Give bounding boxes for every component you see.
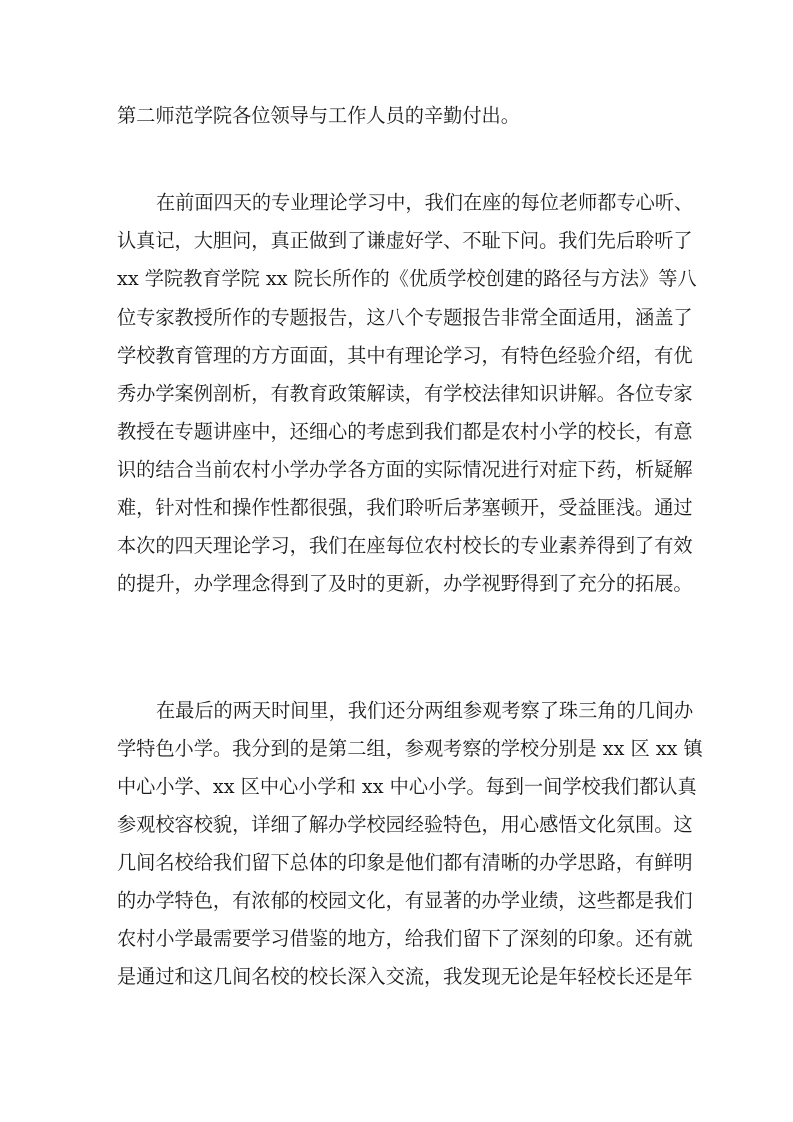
paragraph-2-line-9: 难，针对性和操作性都很强，我们聆听后茅塞顿开，受益匪浅。通过 bbox=[117, 489, 679, 527]
paragraph-3-line-5: 几间名校给我们留下总体的印象是他们都有清晰的办学思路，有鲜明 bbox=[117, 844, 679, 882]
paragraph-3-line-4: 参观校容校貌，详细了解办学校园经验特色，用心感悟文化氛围。这 bbox=[117, 806, 679, 844]
paragraph-2-line-1: 在前面四天的专业理论学习中，我们在座的每位老师都专心听、 bbox=[156, 184, 679, 222]
paragraph-1-line-1: 第二师范学院各位领导与工作人员的辛勤付出。 bbox=[117, 97, 679, 135]
paragraph-2-line-3: xx 学院教育学院 xx 院长所作的《优质学校创建的路径与方法》等八 bbox=[117, 260, 679, 298]
paragraph-3-line-8: 是通过和这几间名校的校长深入交流，我发现无论是年轻校长还是年 bbox=[117, 958, 679, 996]
paragraph-2-line-2: 认真记，大胆问，真正做到了谦虚好学、不耻下问。我们先后聆听了 bbox=[117, 222, 679, 260]
paragraph-2-line-7: 教授在专题讲座中，还细心的考虑到我们都是农村小学的校长，有意 bbox=[117, 413, 679, 451]
paragraph-2-line-11: 的提升，办学理念得到了及时的更新，办学视野得到了充分的拓展。 bbox=[117, 565, 679, 603]
document-page: 第二师范学院各位领导与工作人员的辛勤付出。 在前面四天的专业理论学习中，我们在座… bbox=[0, 0, 793, 1122]
paragraph-2-line-4: 位专家教授所作的专题报告，这八个专题报告非常全面适用，涵盖了 bbox=[117, 299, 679, 337]
paragraph-2-line-6: 秀办学案例剖析，有教育政策解读，有学校法律知识讲解。各位专家 bbox=[117, 375, 679, 413]
paragraph-2-line-10: 本次的四天理论学习，我们在座每位农村校长的专业素养得到了有效 bbox=[117, 527, 679, 565]
paragraph-3-line-7: 农村小学最需要学习借鉴的地方，给我们留下了深刻的印象。还有就 bbox=[117, 920, 679, 958]
paragraph-3-line-1: 在最后的两天时间里，我们还分两组参观考察了珠三角的几间办 bbox=[156, 692, 679, 730]
paragraph-2-line-8: 识的结合当前农村小学办学各方面的实际情况进行对症下药，析疑解 bbox=[117, 451, 679, 489]
paragraph-3-line-2: 学特色小学。我分到的是第二组，参观考察的学校分别是 xx 区 xx 镇 bbox=[117, 730, 679, 768]
paragraph-3-line-6: 的办学特色，有浓郁的校园文化，有显著的办学业绩，这些都是我们 bbox=[117, 882, 679, 920]
paragraph-3-line-3: 中心小学、xx 区中心小学和 xx 中心小学。每到一间学校我们都认真 bbox=[117, 768, 679, 806]
paragraph-2-line-5: 学校教育管理的方方面面，其中有理论学习，有特色经验介绍，有优 bbox=[117, 337, 679, 375]
